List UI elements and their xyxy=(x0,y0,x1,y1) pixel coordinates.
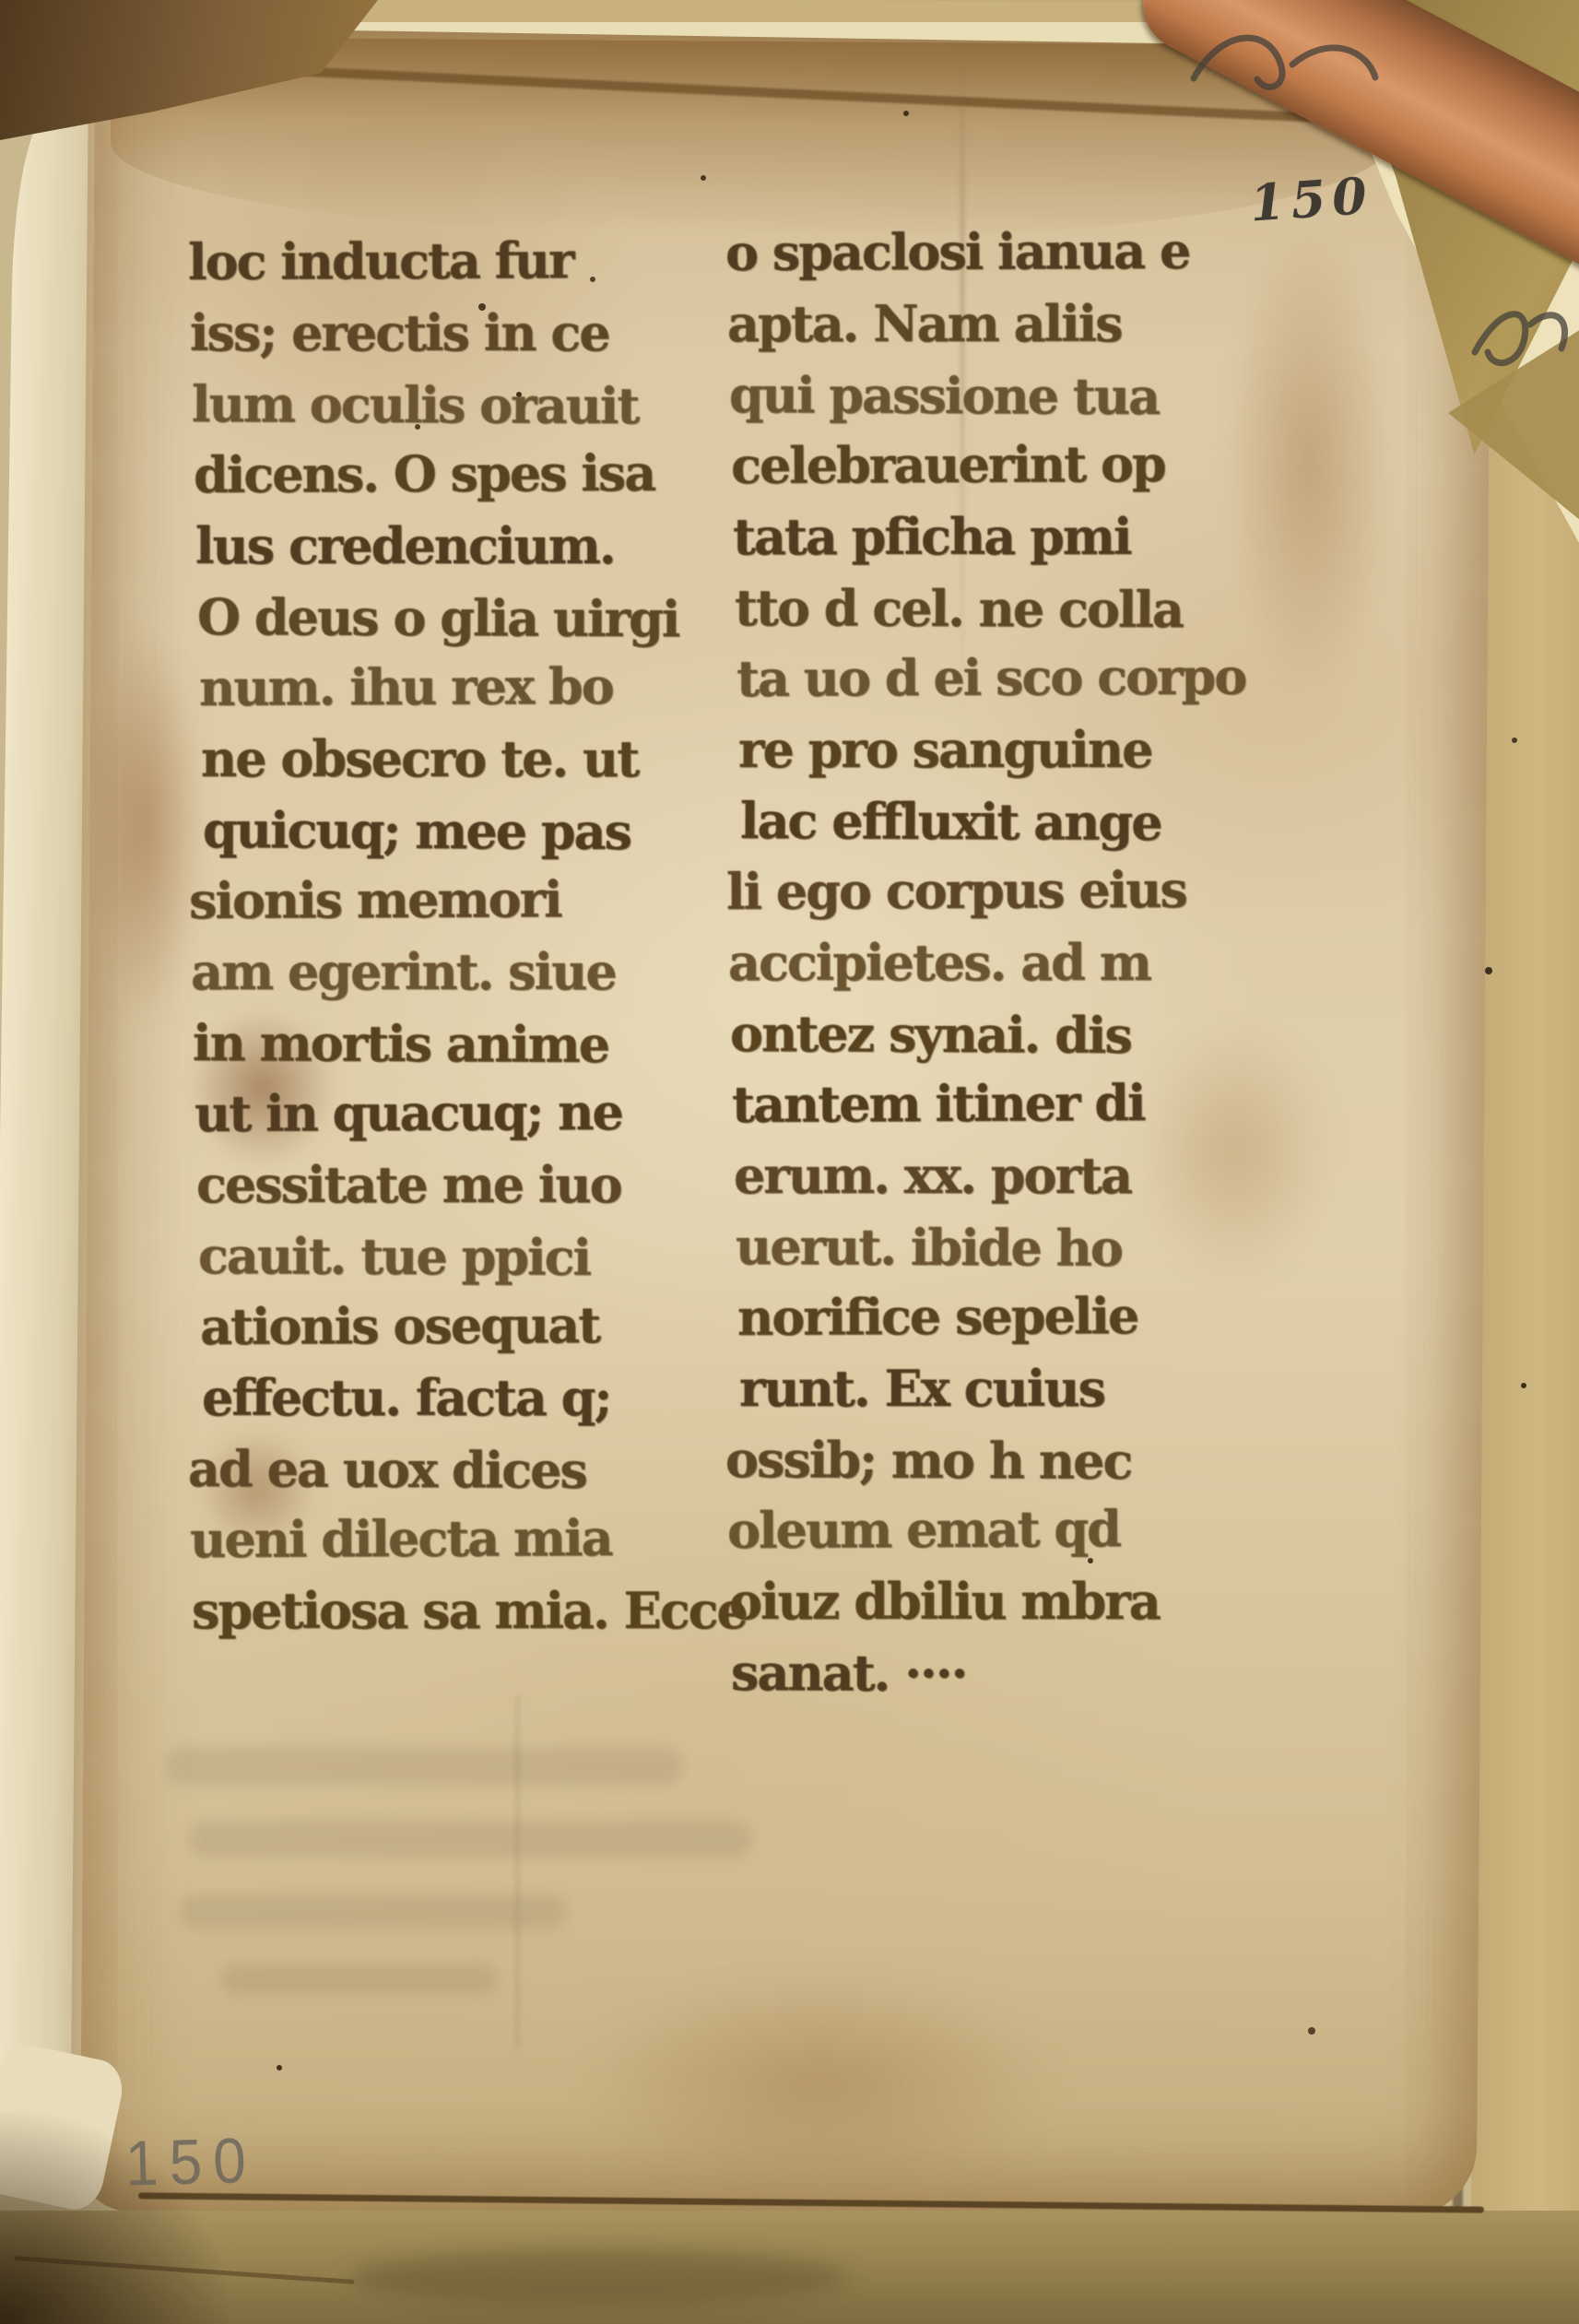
text-column-right: o spaclosi ianua eapta. Nam aliisqui pas… xyxy=(733,219,1309,1710)
manuscript-line: celebrauerint op xyxy=(731,430,1307,503)
manuscript-line: num. ihu rex bo xyxy=(199,653,701,726)
manuscript-line: O deus o glia uirgi xyxy=(197,584,700,656)
manuscript-line: ad ea uox dices xyxy=(188,1435,690,1508)
manuscript-line: spetiosa sa mia. Ecce xyxy=(192,1577,694,1648)
manuscript-line: re pro sanguine xyxy=(738,716,1314,787)
manuscript-line: sanat. ···· xyxy=(731,1639,1307,1713)
manuscript-line: tata pficha pmi xyxy=(733,503,1309,574)
manuscript-line: quicuq; mee pas xyxy=(203,796,705,869)
manuscript-line: loc inducta fur xyxy=(188,227,690,300)
manuscript-line: ueni dilecta mia xyxy=(190,1504,692,1577)
manuscript-line: ta uo d ei sco corpo xyxy=(736,643,1313,716)
manuscript-line: ontez synai. dis xyxy=(730,1000,1306,1074)
manuscript-line: iss; erectis in ce xyxy=(190,300,692,371)
manuscript-line: effectu. facta q; xyxy=(202,1364,704,1435)
manuscript-line: lac effluxit ange xyxy=(740,787,1316,861)
manuscript-line: li ego corpus eius xyxy=(726,855,1302,929)
manuscript-line: dicens. O spes isa xyxy=(194,440,696,513)
manuscript-line: tto d cel. ne colla xyxy=(735,574,1311,648)
manuscript-line: am egerint. siue xyxy=(191,938,693,1009)
manuscript-line: o spaclosi ianua e xyxy=(725,217,1302,290)
manuscript-line: cauit. tue ppici xyxy=(198,1222,701,1295)
manuscript-line: apta. Nam aliis xyxy=(727,290,1303,361)
manuscript-line: uerut. ibide ho xyxy=(736,1213,1312,1287)
manuscript-line: ationis osequat xyxy=(200,1292,702,1364)
fore-edge-stain xyxy=(350,2249,848,2306)
manuscript-line: oiuz dbiliu mbra xyxy=(729,1568,1305,1639)
manuscript-line: sionis memori xyxy=(189,866,691,938)
manuscript-line: lum oculis orauit xyxy=(192,371,694,443)
manuscript-line: runt. Ex cuius xyxy=(739,1355,1315,1426)
manuscript-line: accipietes. ad m xyxy=(728,929,1304,1000)
manuscript-line: ossib; mo h nec xyxy=(725,1426,1302,1500)
manuscript-line: cessitate me iuo xyxy=(196,1151,699,1222)
text-column-left: loc inducta furiss; erectis in celum ocu… xyxy=(195,229,698,1648)
fold-crease xyxy=(516,1696,519,2047)
manuscript-line: ne obsecro te. ut xyxy=(201,726,703,796)
margin-stain xyxy=(85,627,205,1023)
manuscript-line: oleum emat qd xyxy=(727,1494,1303,1568)
manuscript-line: qui passione tua xyxy=(729,361,1305,435)
folio-number-bottom: 150 xyxy=(124,2123,258,2200)
manuscript-line: norifice sepelie xyxy=(737,1281,1314,1355)
manuscript-line: erum. xx. porta xyxy=(734,1142,1310,1213)
manuscript-photo: 150 150 loc inducta furiss; erectis in c… xyxy=(0,0,1579,2324)
manuscript-line: ut in quacuq; ne xyxy=(194,1079,697,1151)
manuscript-line: tantem itiner di xyxy=(732,1068,1308,1142)
bottom-stain xyxy=(581,1973,1060,2194)
manuscript-line: in mortis anime xyxy=(193,1009,695,1082)
manuscript-line: lus credencium. xyxy=(195,513,698,584)
